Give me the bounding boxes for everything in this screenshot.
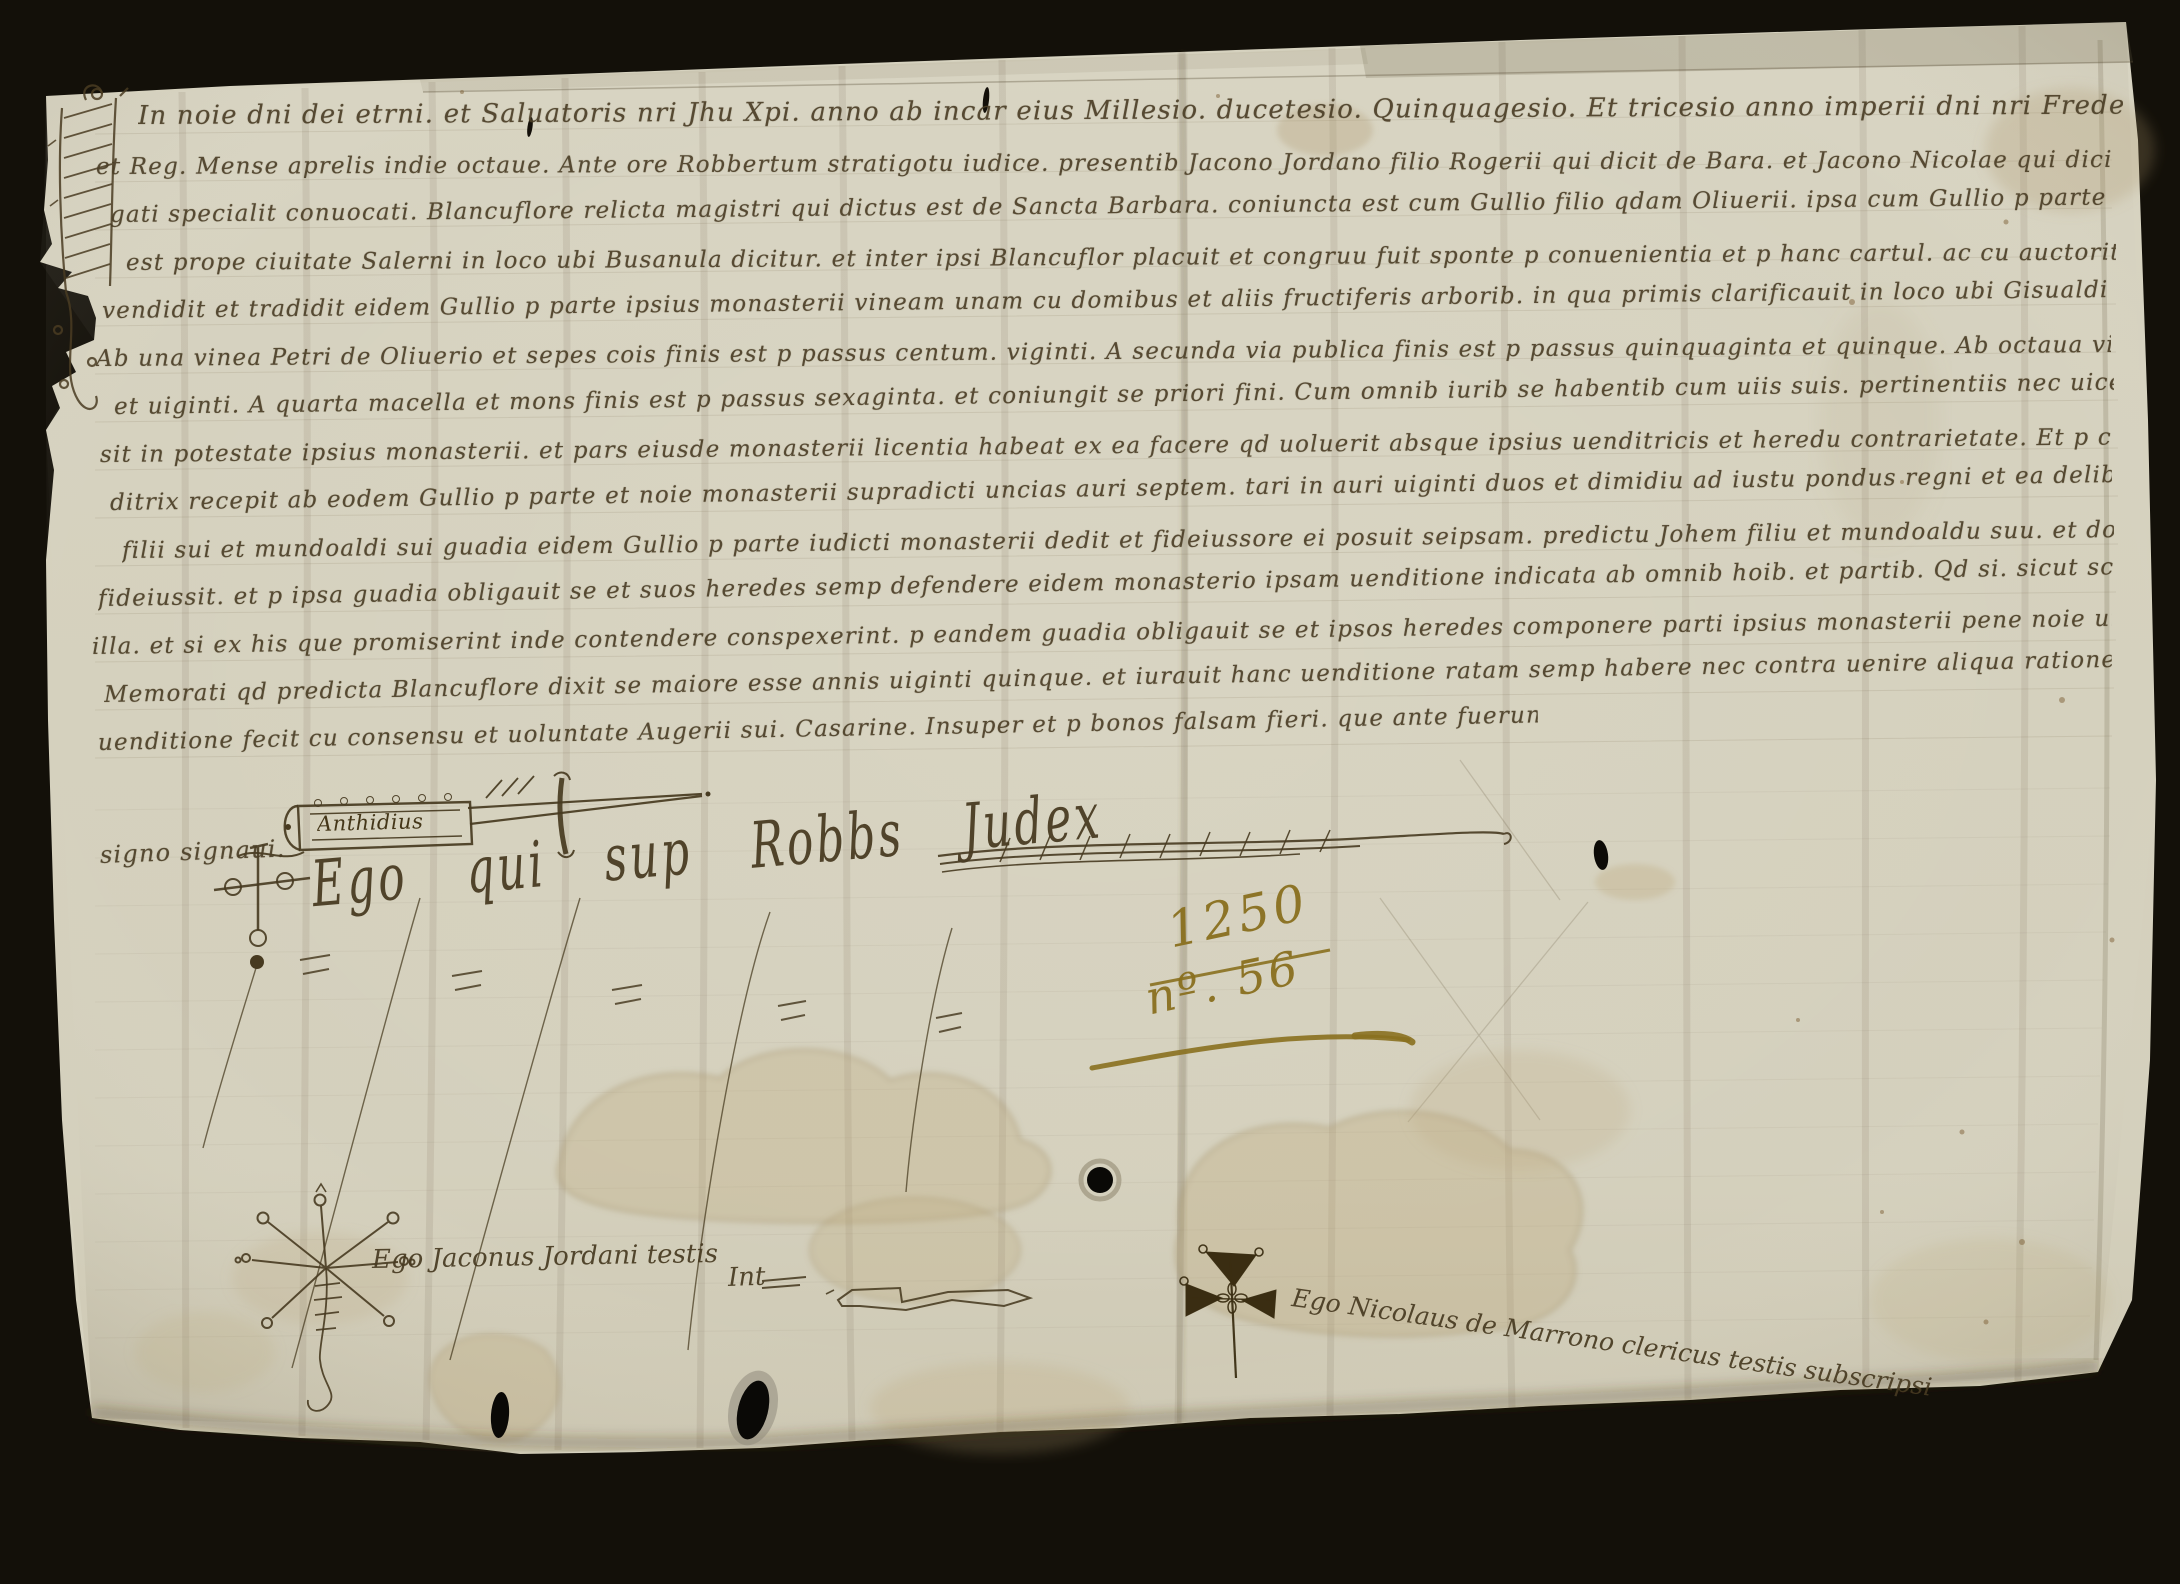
notary-sign-label: Anthidius: [317, 807, 460, 837]
witness-subscription: Ego Jaconus Jordani testis: [372, 1238, 719, 1276]
photograph-canvas: In noie dni dei etrni. et Saluatoris nri…: [0, 0, 2180, 1584]
witness-flourish-word: Int: [727, 1261, 766, 1294]
wormhole: [1087, 1167, 1113, 1193]
